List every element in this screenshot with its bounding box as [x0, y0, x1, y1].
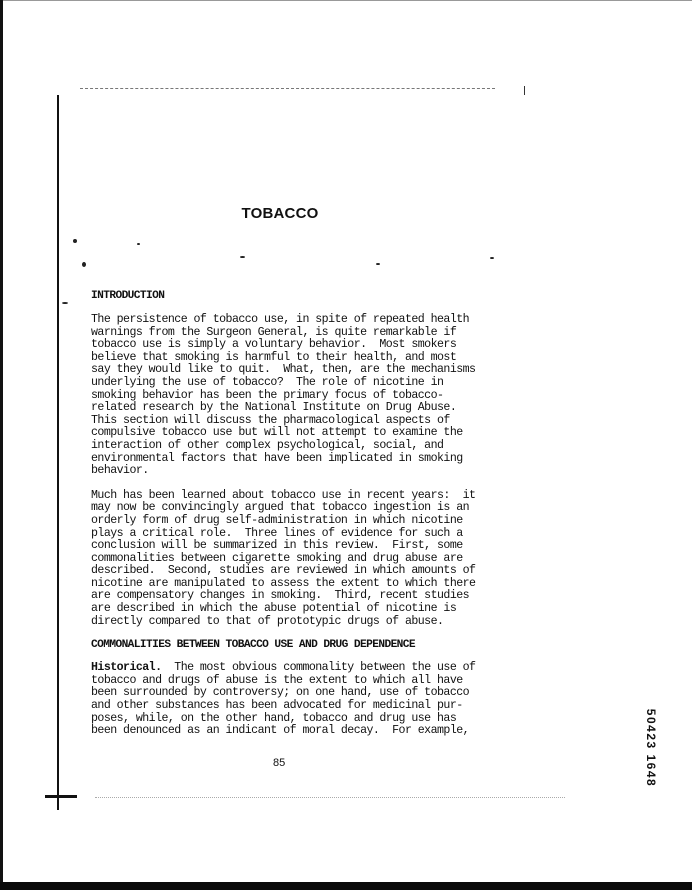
text-line: been denounced as an indicant of moral d…	[91, 725, 471, 738]
binding-margin-line	[57, 95, 59, 810]
scan-speck	[376, 263, 380, 265]
scan-speck	[73, 239, 77, 243]
scan-speck	[137, 243, 140, 245]
scan-bottom-edge	[0, 882, 692, 890]
paragraph-historical: Historical. The most obvious commonality…	[91, 662, 471, 738]
scan-top-edge	[0, 0, 692, 1]
header-rule	[80, 88, 495, 89]
scan-speck	[490, 257, 494, 259]
text-line: The persistence of tobacco use, in spite…	[91, 314, 471, 327]
historical-remaining-lines: tobacco and drugs of abuse is the extent…	[91, 675, 471, 738]
section-heading-introduction: INTRODUCTION	[91, 290, 471, 303]
text-line: directly compared to that of prototypic …	[91, 616, 471, 629]
text-line: related research by the National Institu…	[91, 402, 471, 415]
section-heading-commonalities: COMMONALITIES BETWEEN TOBACCO USE AND DR…	[91, 639, 471, 652]
text-line: tobacco use is simply a voluntary behavi…	[91, 339, 471, 352]
text-line: underlying the use of tobacco? The role …	[91, 377, 471, 390]
text-line: are described in which the abuse potenti…	[91, 603, 471, 616]
text-line: conclusion will be summarized in this re…	[91, 540, 471, 553]
document-body: INTRODUCTION The persistence of tobacco …	[91, 290, 471, 750]
scan-left-edge	[0, 0, 3, 890]
chapter-title: TOBACCO	[0, 205, 560, 222]
crop-mark	[45, 795, 77, 798]
paragraph-introduction-1: The persistence of tobacco use, in spite…	[91, 314, 471, 478]
scan-speck	[82, 262, 86, 267]
bates-number: 50423 1648	[644, 709, 658, 787]
historical-first-line: The most obvious commonality between the…	[161, 661, 475, 674]
header-tick-mark	[524, 86, 525, 95]
text-line: and other substances has been advocated …	[91, 700, 471, 713]
text-line: interaction of other complex psychologic…	[91, 440, 471, 453]
paragraph-introduction-2: Much has been learned about tobacco use …	[91, 490, 471, 629]
text-line: orderly form of drug self-administration…	[91, 515, 471, 528]
run-in-heading-historical: Historical.	[91, 661, 161, 674]
text-line: described. Second, studies are reviewed …	[91, 565, 471, 578]
scan-speck	[240, 256, 245, 258]
text-line: behavior.	[91, 465, 471, 478]
page-number: 85	[273, 757, 285, 769]
scan-speck	[62, 302, 68, 304]
footer-rule	[95, 797, 565, 798]
